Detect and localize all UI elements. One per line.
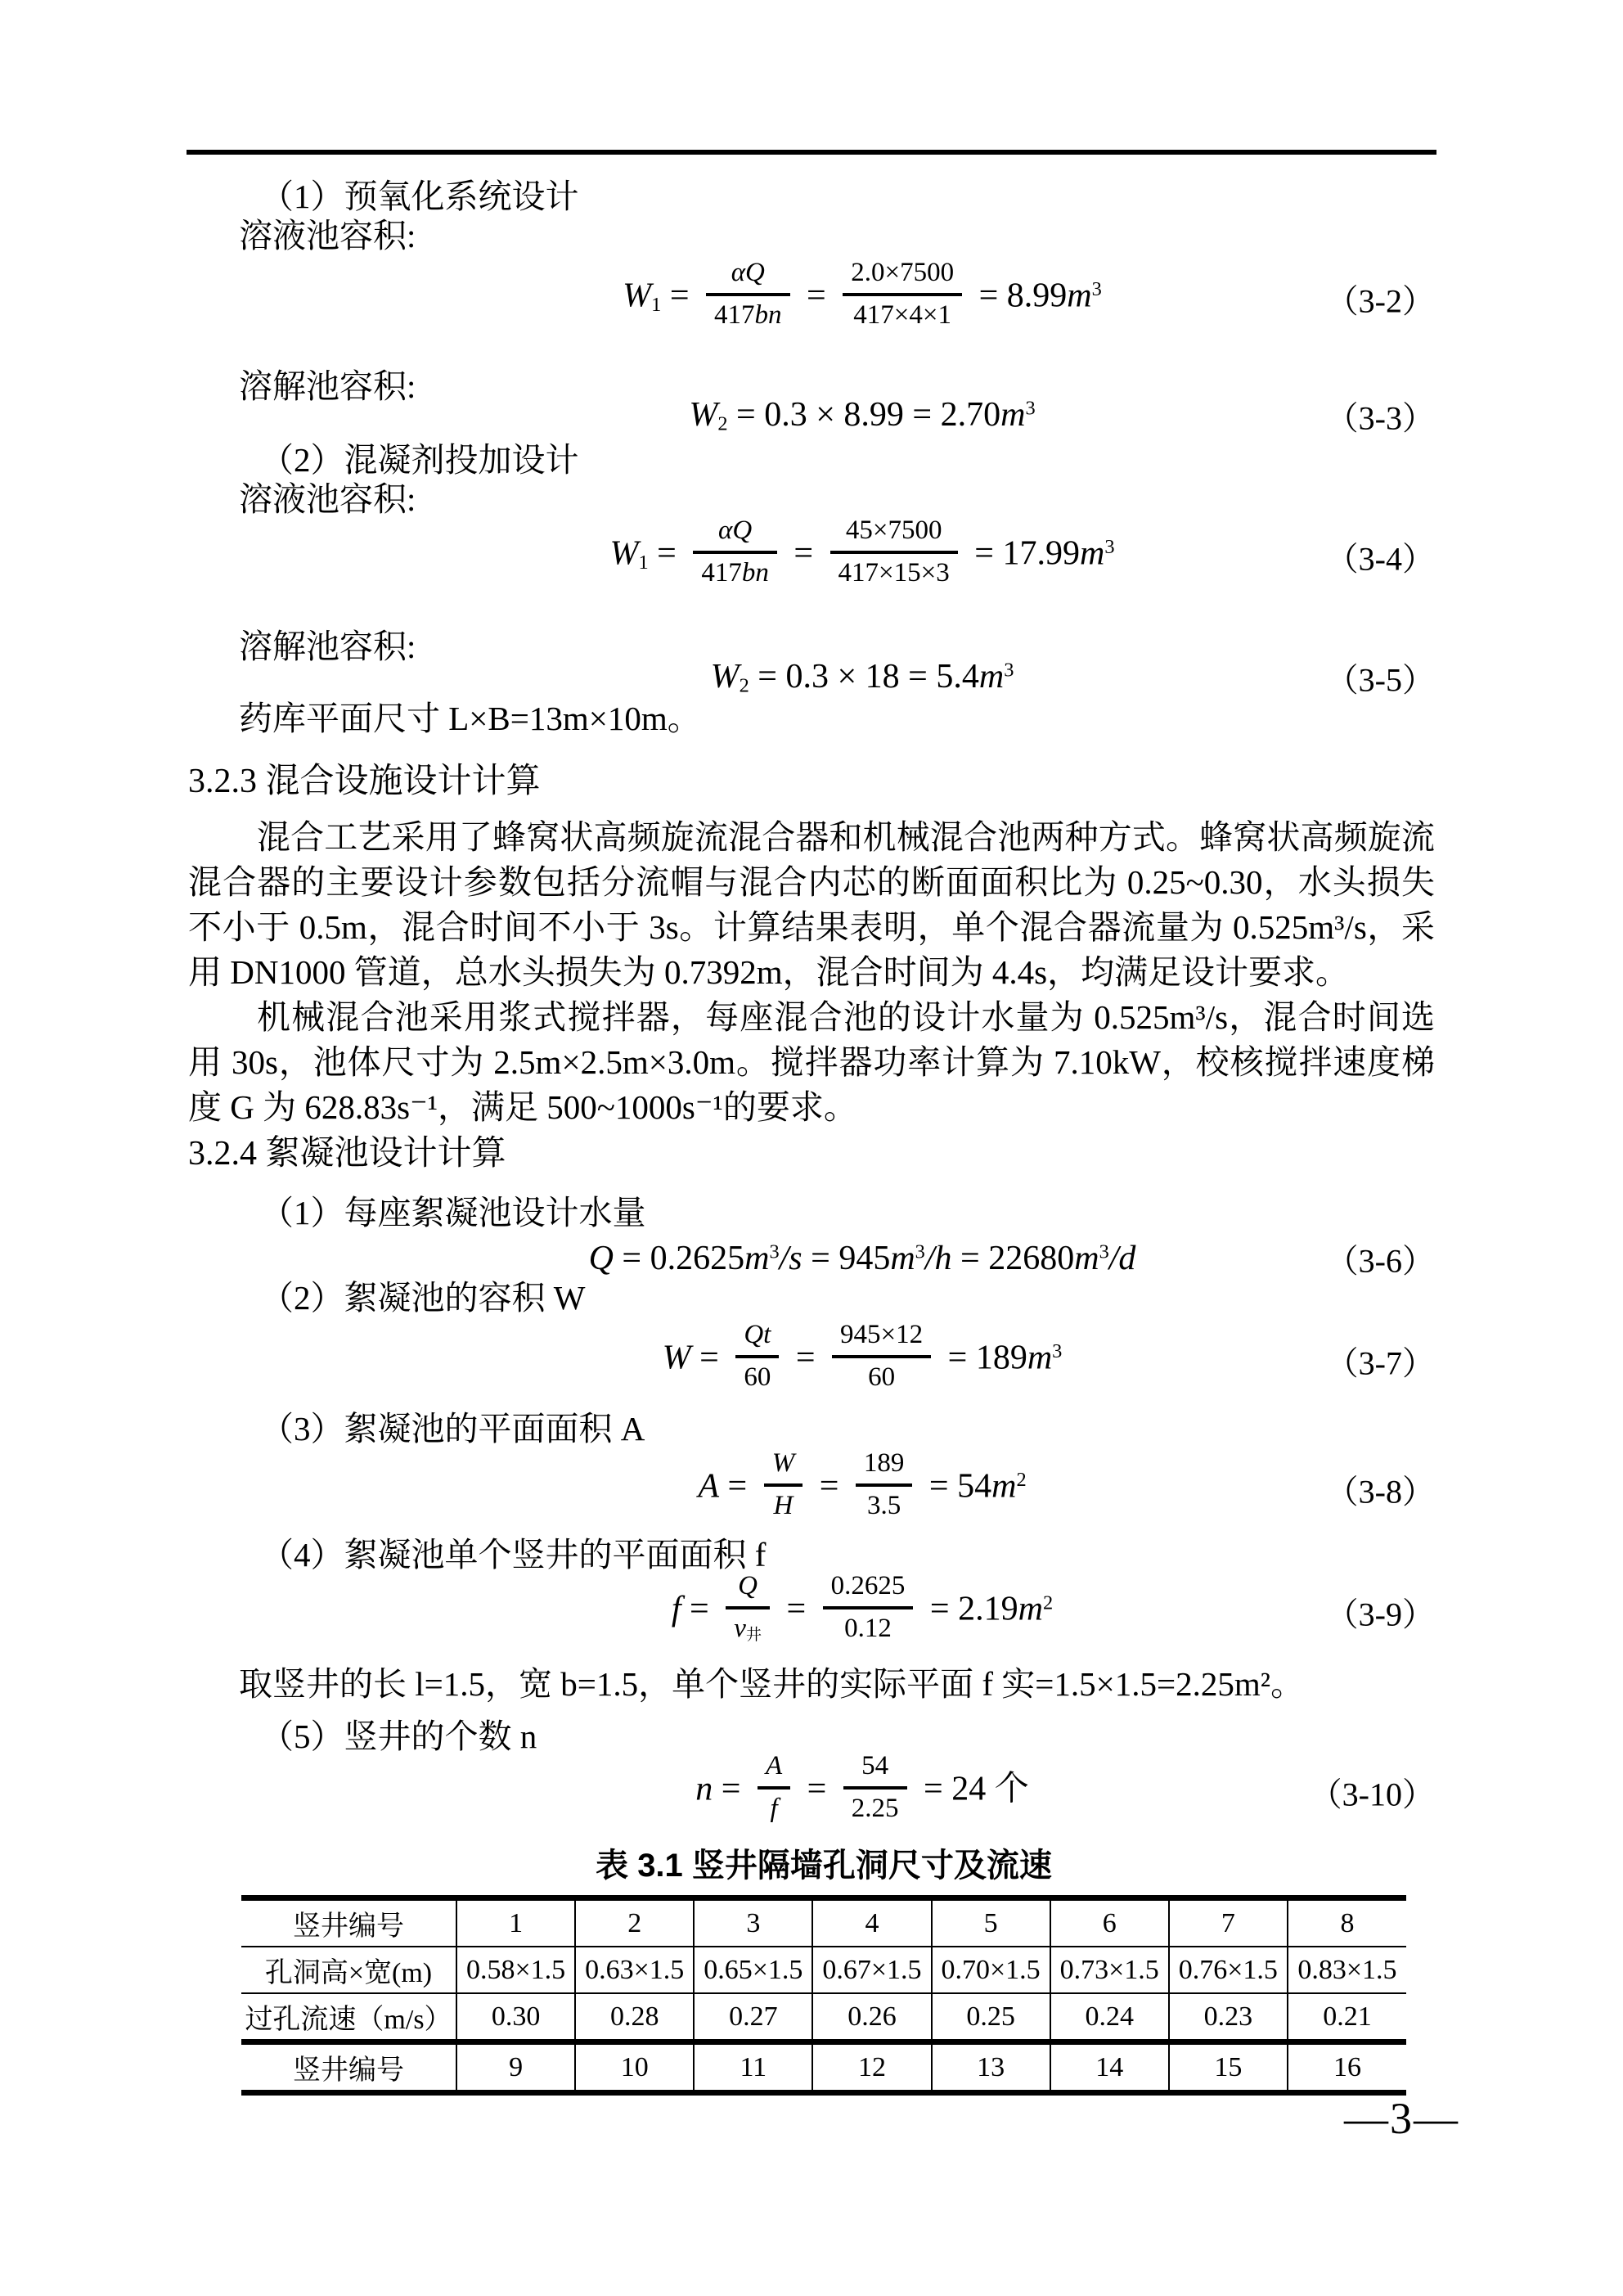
equation-3-3-formula: W2 = 0.3 × 8.99 = 2.70m3: [689, 395, 1035, 435]
table-cell: 0.83×1.5: [1288, 1947, 1406, 1993]
equation-3-8: A = WH = 1893.5 = 54m2 （3-8）: [188, 1438, 1435, 1540]
table-cell: 0.65×1.5: [694, 1947, 812, 1993]
table-cell: 0.23: [1169, 1993, 1288, 2042]
fraction: αQ417bn: [706, 258, 790, 331]
equation-3-4: W1 = αQ417bn = 45×7500417×15×3 = 17.99m3…: [188, 506, 1435, 607]
equation-3-10: n = Af = 542.25 = 24 个 （3-10）: [188, 1741, 1435, 1843]
fraction: 542.25: [843, 1751, 907, 1825]
table-cell: 0.25: [932, 1993, 1050, 2042]
table-cell: 3: [694, 1898, 812, 1947]
header-rule: [187, 150, 1436, 155]
equation-3-2: W1 = αQ417bn = 2.0×7500417×4×1 = 8.99m3 …: [188, 248, 1435, 349]
equation-3-9: f = Qv井 = 0.26250.12 = 2.19m2 （3-9）: [188, 1561, 1435, 1663]
table-row: 竖井编号910111213141516: [241, 2042, 1406, 2093]
item-coagulant-dosing-design: （2）混凝剂投加设计: [188, 440, 1507, 479]
table-cell: 1: [456, 1898, 575, 1947]
table-cell: 6: [1050, 1898, 1169, 1947]
table-cell: 0.76×1.5: [1169, 1947, 1288, 1993]
fraction: 945×1260: [832, 1320, 931, 1393]
table-cell: 14: [1050, 2042, 1169, 2093]
shaft-spec-table: 竖井编号12345678孔洞高×宽(m)0.58×1.50.63×1.50.65…: [241, 1895, 1406, 2096]
table-cell: 0.30: [456, 1993, 575, 2042]
equation-number-3-4: （3-4）: [1326, 533, 1435, 580]
equation-3-5: W2 = 0.3 × 18 = 5.4m3 （3-5）: [188, 656, 1435, 699]
table-cell: 11: [694, 2042, 812, 2093]
row-label-cell: 孔洞高×宽(m): [241, 1947, 456, 1993]
fraction: Qt60: [735, 1320, 779, 1393]
table-cell: 9: [456, 2042, 575, 2093]
fraction: 2.0×7500417×4×1: [843, 258, 962, 331]
equation-number-3-6: （3-6）: [1326, 1236, 1435, 1282]
paragraph-mixing-process: 混合工艺采用了蜂窝状高频旋流混合器和机械混合池两种方式。蜂窝状高频旋流混合器的主…: [188, 815, 1435, 995]
section-heading-3-2-4: 3.2.4 絮凝池设计计算: [188, 1134, 1435, 1173]
table-cell: 5: [932, 1898, 1050, 1947]
table-row: 过孔流速（m/s）0.300.280.270.260.250.240.230.2…: [241, 1993, 1406, 2042]
row-label-cell: 竖井编号: [241, 2042, 456, 2093]
equation-3-9-formula: f = Qv井 = 0.26250.12 = 2.19m2: [672, 1575, 1053, 1649]
row-label-cell: 过孔流速（m/s）: [241, 1993, 456, 2042]
table-cell: 2: [575, 1898, 694, 1947]
table-title: 表 3.1 竖井隔墙孔洞尺寸及流速: [241, 1839, 1406, 1886]
table-cell: 0.24: [1050, 1993, 1169, 2042]
equation-3-8-formula: A = WH = 1893.5 = 54m2: [698, 1452, 1026, 1526]
equation-number-3-7: （3-7）: [1326, 1338, 1435, 1384]
table-body: 竖井编号12345678孔洞高×宽(m)0.58×1.50.63×1.50.65…: [241, 1898, 1406, 2093]
equation-number-3-3: （3-3）: [1326, 393, 1435, 439]
table-cell: 0.63×1.5: [575, 1947, 694, 1993]
equation-3-7: W = Qt60 = 945×1260 = 189m3 （3-7）: [188, 1310, 1435, 1411]
table-cell: 13: [932, 2042, 1050, 2093]
equation-number-3-9: （3-9）: [1326, 1589, 1435, 1636]
equation-3-2-formula: W1 = αQ417bn = 2.0×7500417×4×1 = 8.99m3: [623, 262, 1102, 335]
table-cell: 8: [1288, 1898, 1406, 1947]
table-row: 竖井编号12345678: [241, 1898, 1406, 1947]
equation-3-6: Q = 0.2625m3/s = 945m3/h = 22680m3/d （3-…: [188, 1237, 1435, 1280]
table-cell: 0.28: [575, 1993, 694, 2042]
fraction: αQ417bn: [693, 515, 777, 589]
equation-3-4-formula: W1 = αQ417bn = 45×7500417×15×3 = 17.99m3: [609, 520, 1114, 593]
table-cell: 16: [1288, 2042, 1406, 2093]
table-row: 孔洞高×宽(m)0.58×1.50.63×1.50.65×1.50.67×1.5…: [241, 1947, 1406, 1993]
table-cell: 0.67×1.5: [812, 1947, 931, 1993]
section-heading-3-2-3: 3.2.3 混合设施设计计算: [188, 762, 1435, 801]
fraction: WH: [764, 1448, 803, 1522]
fraction: 45×7500417×15×3: [830, 515, 958, 589]
table-cell: 7: [1169, 1898, 1288, 1947]
table-cell: 0.21: [1288, 1993, 1406, 2042]
chemical-storage-size-line: 药库平面尺寸 L×B=13m×10m。: [188, 699, 1486, 738]
table-cell: 15: [1169, 2042, 1288, 2093]
fraction: Qv井: [726, 1571, 770, 1645]
item-pre-oxidation-design: （1）预氧化系统设计: [188, 177, 1507, 216]
table-cell: 12: [812, 2042, 931, 2093]
equation-3-3: W2 = 0.3 × 8.99 = 2.70m3 （3-3）: [188, 394, 1435, 437]
equation-3-7-formula: W = Qt60 = 945×1260 = 189m3: [663, 1324, 1063, 1398]
table-cell: 0.58×1.5: [456, 1947, 575, 1993]
equation-number-3-2: （3-2）: [1326, 276, 1435, 322]
item-flocculation-flow: （1）每座絮凝池设计水量: [188, 1193, 1507, 1232]
equation-3-5-formula: W2 = 0.3 × 18 = 5.4m3: [711, 657, 1014, 697]
paragraph-mechanical-mixing: 机械混合池采用浆式搅拌器，每座混合池的设计水量为 0.525m³/s，混合时间选…: [188, 995, 1435, 1130]
fraction: 1893.5: [856, 1448, 913, 1522]
table-cell: 0.70×1.5: [932, 1947, 1050, 1993]
equation-3-6-formula: Q = 0.2625m3/s = 945m3/h = 22680m3/d: [589, 1239, 1136, 1278]
fraction: 0.26250.12: [823, 1571, 914, 1645]
equation-number-3-10: （3-10）: [1310, 1769, 1435, 1816]
equation-number-3-5: （3-5）: [1326, 655, 1435, 701]
table-cell: 0.73×1.5: [1050, 1947, 1169, 1993]
fraction: Af: [758, 1751, 790, 1825]
shaft-dimension-line: 取竖井的长 l=1.5，宽 b=1.5，单个竖井的实际平面 f 实=1.5×1.…: [188, 1664, 1486, 1704]
table-cell: 4: [812, 1898, 931, 1947]
equation-number-3-8: （3-8）: [1326, 1466, 1435, 1513]
document-page: （1）预氧化系统设计 溶液池容积: W1 = αQ417bn = 2.0×750…: [0, 0, 1623, 2296]
table-cell: 0.27: [694, 1993, 812, 2042]
equation-3-10-formula: n = Af = 542.25 = 24 个: [695, 1755, 1028, 1829]
table-cell: 10: [575, 2042, 694, 2093]
page-number: —3—: [1344, 2093, 1459, 2144]
row-label-cell: 竖井编号: [241, 1898, 456, 1947]
table-cell: 0.26: [812, 1993, 931, 2042]
